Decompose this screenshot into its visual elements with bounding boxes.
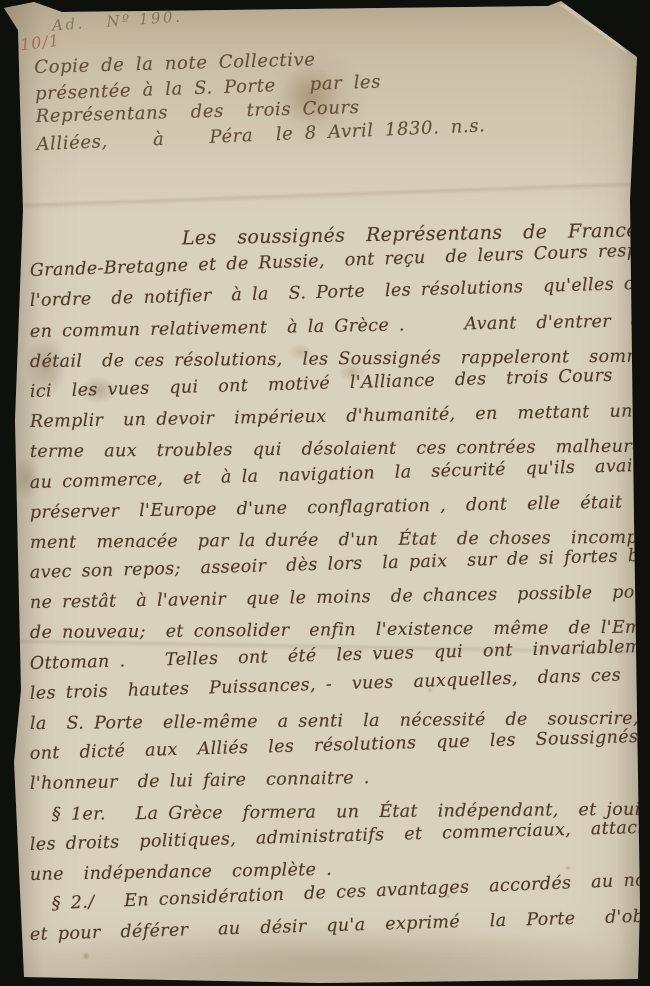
torn-edge [0, 687, 13, 716]
paper-page: Ad. Nº 190. 10/1 Copie de la note Collec… [0, 0, 650, 986]
document-heading: Copie de la note Collective présentée à … [34, 43, 486, 154]
folio-mark: 10/1 [19, 31, 61, 55]
document-body: Les soussignés Représentans de France , … [30, 226, 636, 951]
manuscript-scan: Ad. Nº 190. 10/1 Copie de la note Collec… [0, 0, 650, 986]
folded-corner [550, 0, 650, 64]
archival-number: Ad. Nº 190. [52, 7, 183, 34]
